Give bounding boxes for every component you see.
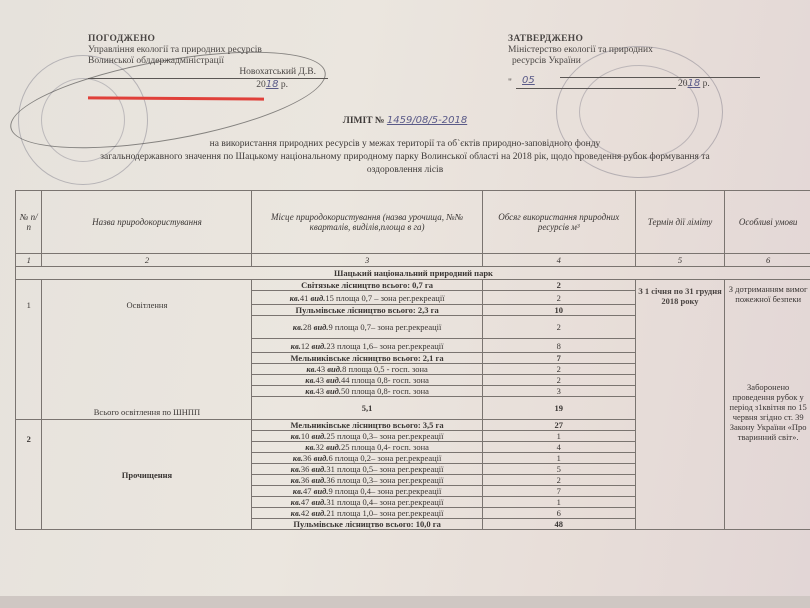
place-cell: Мельниківське лісництво всього: 3,5 га xyxy=(252,420,482,431)
approved-org-line2: Волинської облдержадміністрації xyxy=(88,56,328,67)
confirmed-org-line1: Міністерство екології та природних xyxy=(508,45,768,56)
section-number: 2 xyxy=(16,420,42,530)
volume-cell: 27 xyxy=(482,420,635,431)
handwritten-limit-number: 1459/08/5-2018 xyxy=(387,115,467,126)
volume-cell: 7 xyxy=(482,486,635,497)
header-num: № п/п xyxy=(16,191,42,254)
section-name-label: Освітлення xyxy=(44,280,249,310)
table-row: 1ОсвітленняВсього освітлення по ШНППСвіт… xyxy=(16,280,810,291)
park-row: Шацький національний природний парк xyxy=(16,267,810,280)
volume-cell: 2 xyxy=(482,280,635,291)
place-cell: кв.42 вид.21 площа 1,0– зона рег.рекреац… xyxy=(252,508,482,519)
volume-cell: 2 xyxy=(482,316,635,339)
place-cell: кв.47 вид.31 площа 0,4– зона рег.рекреац… xyxy=(252,497,482,508)
header-name: Назва природокористування xyxy=(42,191,252,254)
place-cell: Пульмівське лісництво всього: 10,0 га xyxy=(252,519,482,530)
park-name: Шацький національний природний парк xyxy=(16,267,810,280)
place-cell: кв.36 вид.31 площа 0,5– зона рег.рекреац… xyxy=(252,464,482,475)
place-cell: кв.12 вид.23 площа 1,6– зона рег.рекреац… xyxy=(252,339,482,353)
place-cell: кв.10 вид.25 площа 0,3– зона рег.рекреац… xyxy=(252,431,482,442)
header-place: Місце природокористування (назва урочища… xyxy=(252,191,482,254)
signature-line xyxy=(560,67,760,78)
place-cell: Світязьке лісництво всього: 0,7 га xyxy=(252,280,482,291)
approved-date-left: 2018 р. xyxy=(88,79,328,91)
place-cell: кв.41 вид.15 площа 0,7 – зона рег.рекреа… xyxy=(252,291,482,305)
volume-cell: 48 xyxy=(482,519,635,530)
volume-cell: 8 xyxy=(482,339,635,353)
header-conditions: Особливі умови xyxy=(725,191,810,254)
title-line3: оздоровлення лісів xyxy=(0,164,810,177)
place-cell: Пульмівське лісництво всього: 2,3 га xyxy=(252,305,482,316)
limit-title: ЛІМІТ № 1459/08/5-2018 xyxy=(0,114,810,128)
signatory-name: Новохатський Д.В. xyxy=(88,67,328,79)
volume-cell: 5 xyxy=(482,464,635,475)
volume-cell: 3 xyxy=(482,386,635,397)
fire-safety-condition: З дотриманням вимог пожежної безпеки xyxy=(727,284,809,304)
approval-block-left: ПОГОДЖЕНО Управління екології та природн… xyxy=(88,34,328,91)
approved-org-line1: Управління екології та природних ресурсі… xyxy=(88,45,328,56)
volume-cell: 10 xyxy=(482,305,635,316)
confirmed-heading: ЗАТВЕРДЖЕНО xyxy=(508,34,768,45)
volume-cell: 2 xyxy=(482,364,635,375)
volume-cell: 2 xyxy=(482,375,635,386)
section-name: ОсвітленняВсього освітлення по ШНПП xyxy=(42,280,252,420)
place-cell: кв.47 вид.9 площа 0,4– зона рег.рекреаці… xyxy=(252,486,482,497)
column-number-row: 1 2 3 4 5 6 xyxy=(16,254,810,267)
place-cell: кв.43 вид.8 площа 0,5 - госп. зона xyxy=(252,364,482,375)
volume-cell: 7 xyxy=(482,353,635,364)
total-volume: 19 xyxy=(482,397,635,420)
section-name: Прочищення xyxy=(42,420,252,530)
volume-cell: 1 xyxy=(482,431,635,442)
conditions-cell: З дотриманням вимог пожежної безпекиЗабо… xyxy=(725,280,810,530)
confirmed-date-right: " 05 2018 р. xyxy=(508,78,768,90)
header-volume: Обсяг використання природних ресурсів м³ xyxy=(482,191,635,254)
place-cell: кв.36 вид.6 площа 0,2– зона рег.рекреаці… xyxy=(252,453,482,464)
logging-ban-condition: Заборонено проведення рубок у період з1к… xyxy=(727,382,809,442)
volume-cell: 2 xyxy=(482,291,635,305)
volume-cell: 1 xyxy=(482,497,635,508)
volume-cell: 6 xyxy=(482,508,635,519)
place-cell: кв.43 вид.44 площа 0,8- госп. зона xyxy=(252,375,482,386)
total-area: 5,1 xyxy=(252,397,482,420)
title-line2: загальнодержавного значення по Шацькому … xyxy=(0,151,810,164)
section-total-label: Всього освітлення по ШНПП xyxy=(42,407,251,417)
place-cell: кв.32 вид.25 площа 0,4- госп. зона xyxy=(252,442,482,453)
title-line1: на використання природних ресурсів у меж… xyxy=(0,138,810,151)
header-term: Термін дії ліміту xyxy=(635,191,725,254)
term-cell: З 1 січня по 31 грудня 2018 року xyxy=(635,280,725,530)
approval-block-right: ЗАТВЕРДЖЕНО Міністерство екології та при… xyxy=(508,34,768,90)
volume-cell: 2 xyxy=(482,475,635,486)
limit-table: № п/п Назва природокористування Місце пр… xyxy=(15,190,810,530)
volume-cell: 1 xyxy=(482,453,635,464)
page-edge xyxy=(0,596,810,608)
place-cell: Мельниківське лісництво всього: 2,1 га xyxy=(252,353,482,364)
confirmed-org-line2: ресурсів України xyxy=(508,56,768,67)
place-cell: кв.36 вид.36 площа 0,3– зона рег.рекреац… xyxy=(252,475,482,486)
volume-cell: 4 xyxy=(482,442,635,453)
place-cell: кв.43 вид.50 площа 0,8- госп. зона xyxy=(252,386,482,397)
place-cell: кв.28 вид.9 площа 0,7– зона рег.рекреаці… xyxy=(252,316,482,339)
handwritten-day: 05 xyxy=(522,75,535,86)
section-number: 1 xyxy=(16,280,42,420)
approved-heading: ПОГОДЖЕНО xyxy=(88,34,328,45)
handwritten-year: 18 xyxy=(266,79,279,90)
